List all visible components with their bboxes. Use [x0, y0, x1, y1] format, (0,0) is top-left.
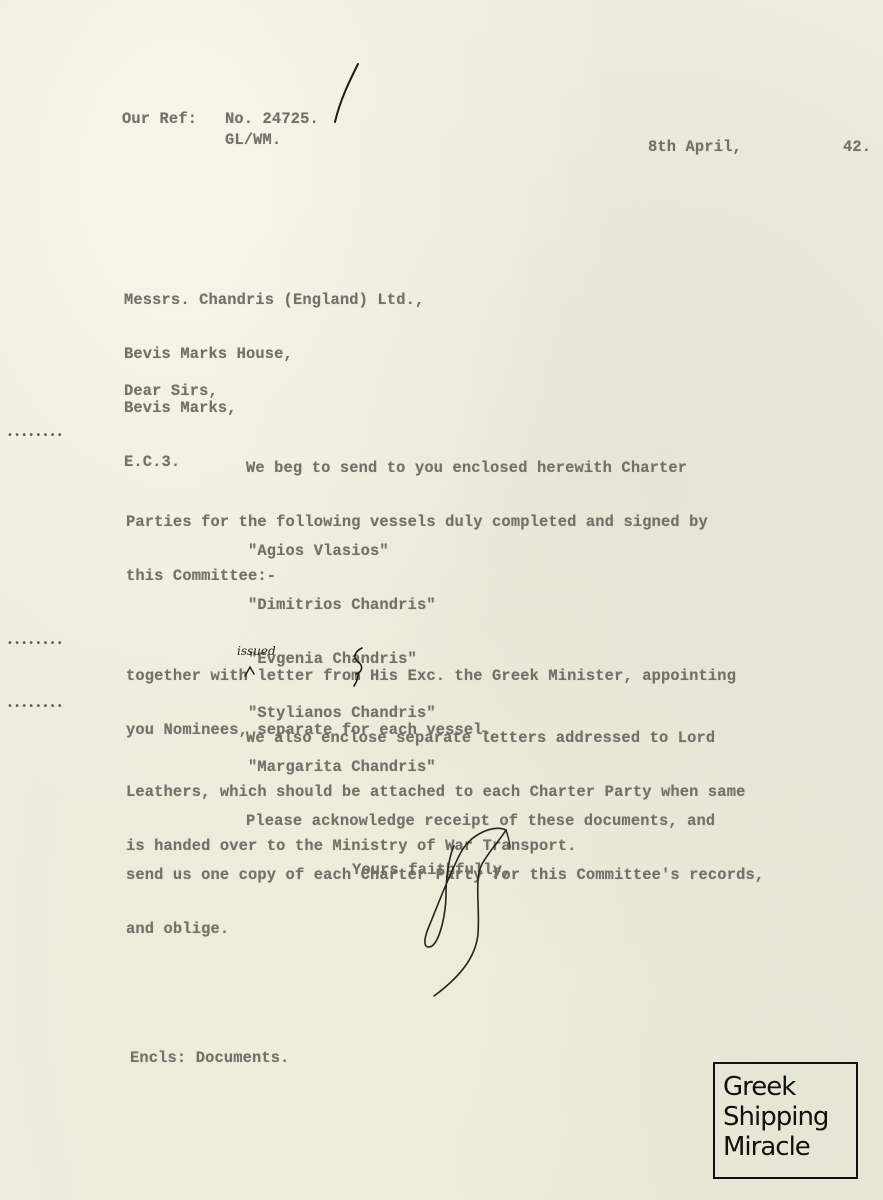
reference-initials: GL/WM. [225, 131, 281, 149]
pen-tick-mark [330, 60, 360, 130]
vessel-item: "Agios Vlasios" [248, 542, 436, 560]
handwritten-insertion: issued [237, 644, 276, 658]
margin-dots-1: •••••••• [7, 430, 64, 441]
recipient-line-1: Messrs. Chandris (England) Ltd., [124, 291, 424, 309]
letter-date: 8th April, [648, 138, 742, 156]
logo-line-1: Greek [723, 1072, 856, 1102]
letter-year: 42. [843, 138, 871, 156]
paragraph-1-line-1: We beg to send to you enclosed herewith … [126, 459, 708, 477]
greek-shipping-miracle-logo: Greek Shipping Miracle [713, 1062, 858, 1179]
reference-label: Our Ref: [122, 110, 197, 128]
vessel-item: "Dimitrios Chandris" [248, 596, 436, 614]
recipient-line-3: Bevis Marks, [124, 399, 424, 417]
paragraph-3-line-1: We also enclose separate letters address… [126, 729, 745, 747]
recipient-line-2: Bevis Marks House, [124, 345, 424, 363]
logo-line-2: Shipping [723, 1102, 856, 1132]
signature [420, 824, 520, 1004]
paragraph-2-line-1: together with letter from His Exc. the G… [126, 667, 736, 685]
handwritten-s-mark [350, 646, 370, 688]
enclosures-note: Encls: Documents. [130, 1049, 290, 1067]
margin-dots-3: •••••••• [7, 701, 64, 712]
margin-dots-2: •••••••• [7, 638, 64, 649]
logo-line-3: Miracle [723, 1132, 856, 1162]
insertion-caret-mark [244, 664, 258, 678]
reference-number: No. 24725. [225, 110, 319, 128]
salutation: Dear Sirs, [124, 382, 218, 400]
